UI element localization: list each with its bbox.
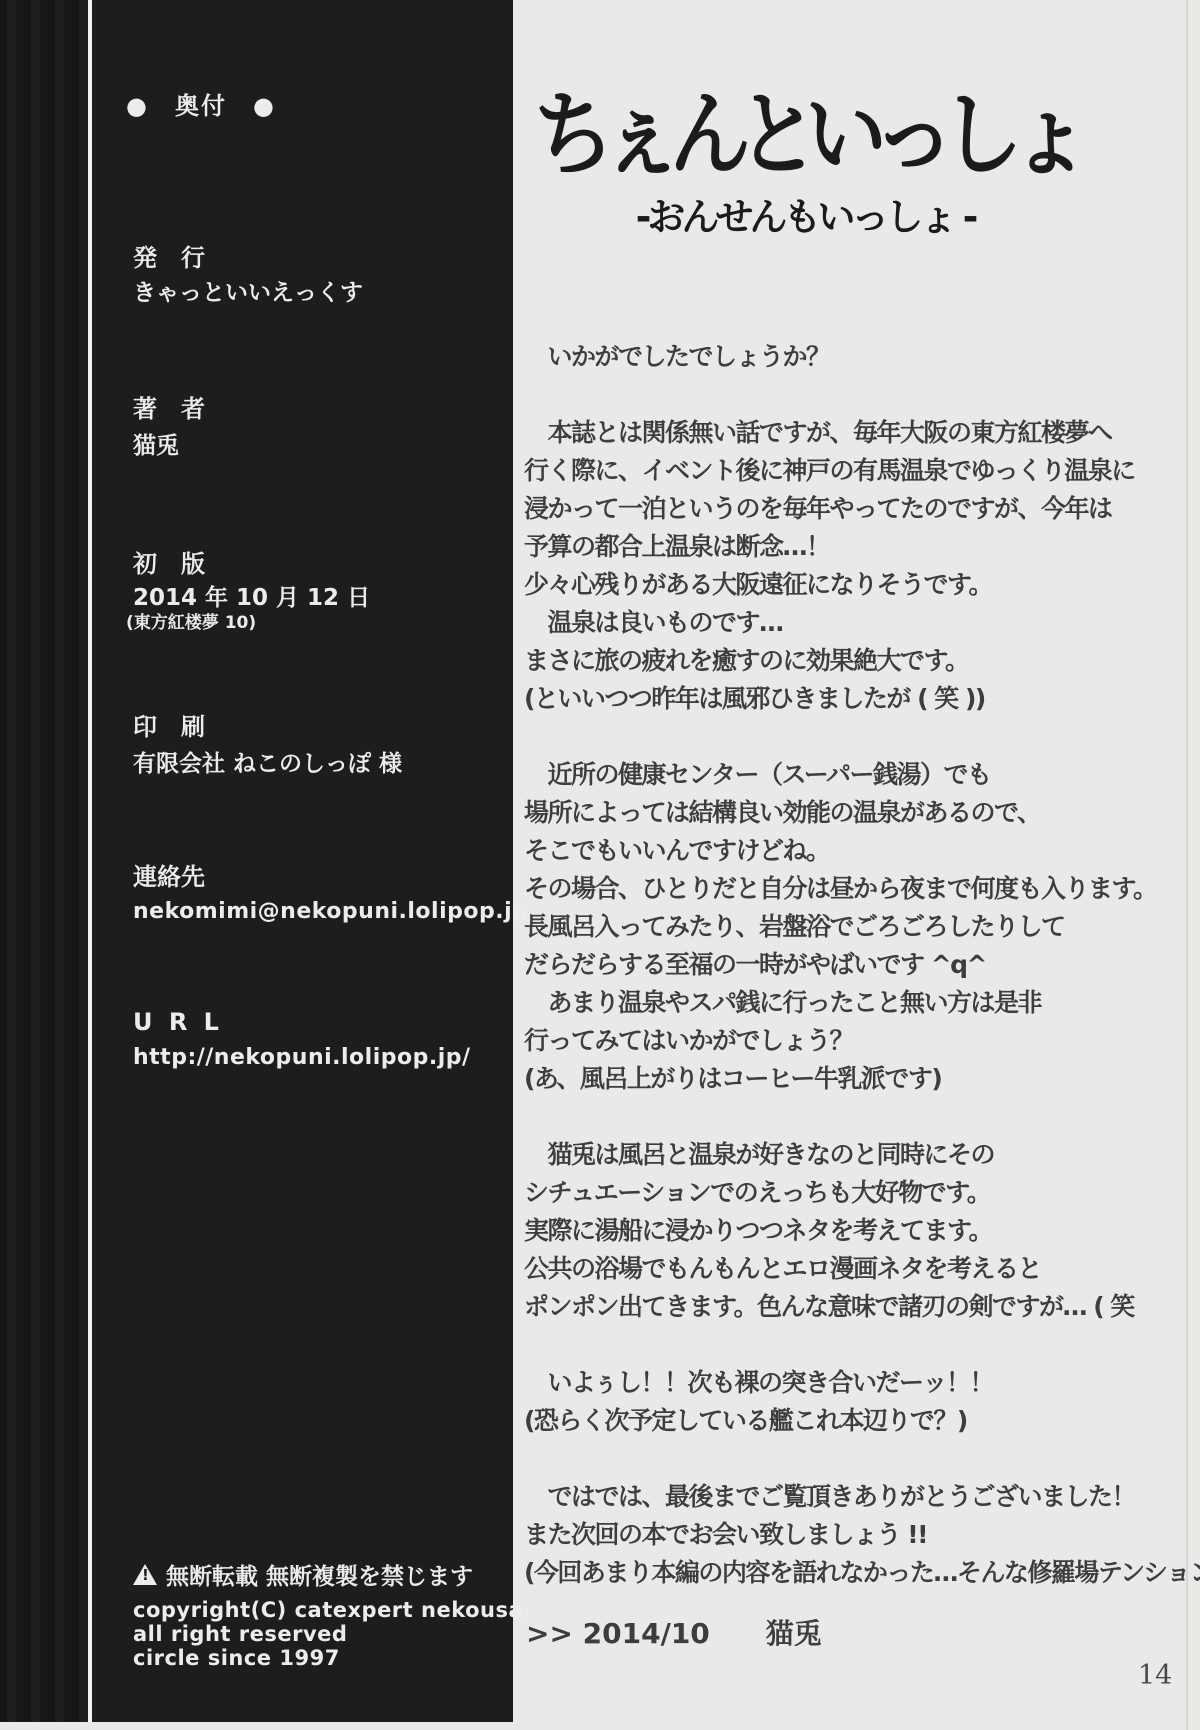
afterword-line: 温泉は良いものです… — [524, 604, 1192, 642]
afterword-line: また次回の本でお会い致しましょう !! — [524, 1516, 1192, 1554]
afterword-line: あまり温泉やスパ銭に行ったこと無い方は是非 — [524, 984, 1192, 1022]
afterword-line — [524, 1098, 1192, 1136]
afterword-line: いよぅし！！次も裸の突き合いだーッ！！ — [524, 1364, 1192, 1402]
page-binding-edge — [0, 0, 88, 1722]
afterword-line: 公共の浴場でもんもんとエロ漫画ネタを考えると — [524, 1250, 1192, 1288]
afterword-line: 少々心残りがある大阪遠征になりそうです。 — [524, 566, 1192, 604]
afterword-line: 予算の都合上温泉は断念…！ — [524, 528, 1192, 566]
afterword-line: (今回あまり本編の内容を語れなかった…そんな修羅場テンション) — [524, 1554, 1192, 1592]
afterword-line: 浸かって一泊というのを毎年やってたのですが、今年は — [524, 490, 1192, 528]
afterword-line: 行く際に、イベント後に神戸の有馬温泉でゆっくり温泉に — [524, 452, 1192, 490]
author-label: 著 者 — [133, 389, 205, 424]
printer-name: 有限会社 ねこのしっぽ 様 — [133, 745, 402, 778]
afterword-line: 本誌とは関係無い話ですが、毎年大阪の東方紅楼夢へ — [524, 414, 1192, 452]
contact-label: 連絡先 — [133, 857, 205, 892]
copyright-line: all right reserved — [133, 1622, 532, 1646]
publisher-label: 発 行 — [133, 238, 205, 273]
afterword-title: ちぇんといっしょ — [480, 86, 1130, 187]
afterword-text: いかがでしたでしょうか？ 本誌とは関係無い話ですが、毎年大阪の東方紅楼夢へ 行く… — [524, 338, 1192, 1592]
warning-text: 無断転載 無断複製を禁じます — [166, 1558, 473, 1591]
publisher-name: きゃっといいえっくす — [133, 274, 363, 307]
warning-icon — [133, 1564, 157, 1585]
afterword-line — [524, 718, 1192, 756]
afterword-line: 猫兎は風呂と温泉が好きなのと同時にその — [524, 1136, 1192, 1174]
afterword-line — [524, 1440, 1192, 1478]
afterword-subtitle: -おんせんもいっしょ - — [480, 186, 1130, 241]
colophon-panel: ● 奥付 ● 発 行 きゃっといいえっくす 著 者 猫兎 初 版 2014 年 … — [0, 0, 513, 1722]
afterword-line: 近所の健康センター（スーパー銭湯）でも — [524, 756, 1192, 794]
afterword-line: シチュエーションでのえっちも大好物です。 — [524, 1174, 1192, 1212]
contact-email: nekomimi@nekopuni.lolipop.jp — [133, 899, 528, 924]
afterword-line: ではでは、最後までご覧頂きありがとうございました！ — [524, 1478, 1192, 1516]
afterword-line: その場合、ひとりだと自分は昼から夜まで何度も入ります。 — [524, 870, 1192, 908]
edition-label: 初 版 — [133, 544, 205, 579]
printer-label: 印 刷 — [133, 707, 205, 742]
afterword-line: (恐らく次予定している艦これ本辺りで？) — [524, 1402, 1192, 1440]
url-label: U R L — [133, 1008, 223, 1036]
afterword-line: 行ってみてはいかがでしょう？ — [524, 1022, 1192, 1060]
site-url: http://nekopuni.lolipop.jp/ — [133, 1045, 471, 1070]
afterword-line: そこでもいいんですけどね。 — [524, 832, 1192, 870]
copyright-line: copyright(C) catexpert nekousa, — [133, 1598, 532, 1622]
page-number: 14 — [1138, 1660, 1172, 1691]
afterword-line — [524, 1326, 1192, 1364]
afterword-line: 長風呂入ってみたり、岩盤浴でごろごろしたりして — [524, 908, 1192, 946]
signature: >> 2014/10 猫兎 — [526, 1612, 822, 1652]
afterword-title-block: ちぇんといっしょ -おんせんもいっしょ - — [480, 86, 1130, 241]
page-edge-line — [1186, 0, 1188, 1730]
afterword-line: 実際に湯船に浸かりつつネタを考えてます。 — [524, 1212, 1192, 1250]
copyright-warning: 無断転載 無断複製を禁じます — [133, 1558, 473, 1591]
afterword-line: ポンポン出てきます。色んな意味で諸刃の剣ですが… ( 笑 — [524, 1288, 1192, 1326]
afterword-line — [524, 376, 1192, 414]
copyright-line: circle since 1997 — [133, 1646, 532, 1670]
afterword-line: だらだらする至福の一時がやばいです ^q^ — [524, 946, 1192, 984]
afterword-line: まさに旅の疲れを癒すのに効果絶大です。 — [524, 642, 1192, 680]
edition-note: (東方紅楼夢 10) — [126, 608, 256, 633]
afterword-line: (といいつつ昨年は風邪ひきましたが ( 笑 )) — [524, 680, 1192, 718]
copyright-block: copyright(C) catexpert nekousa, all righ… — [133, 1598, 532, 1670]
author-name: 猫兎 — [133, 427, 179, 460]
colophon-header: ● 奥付 ● — [126, 86, 276, 121]
afterword-line: 場所によっては結構良い効能の温泉があるので、 — [524, 794, 1192, 832]
afterword-line: (あ、風呂上がりはコーヒー牛乳派です) — [524, 1060, 1192, 1098]
spine-line — [88, 0, 92, 1722]
afterword-line: いかがでしたでしょうか？ — [524, 338, 1192, 376]
